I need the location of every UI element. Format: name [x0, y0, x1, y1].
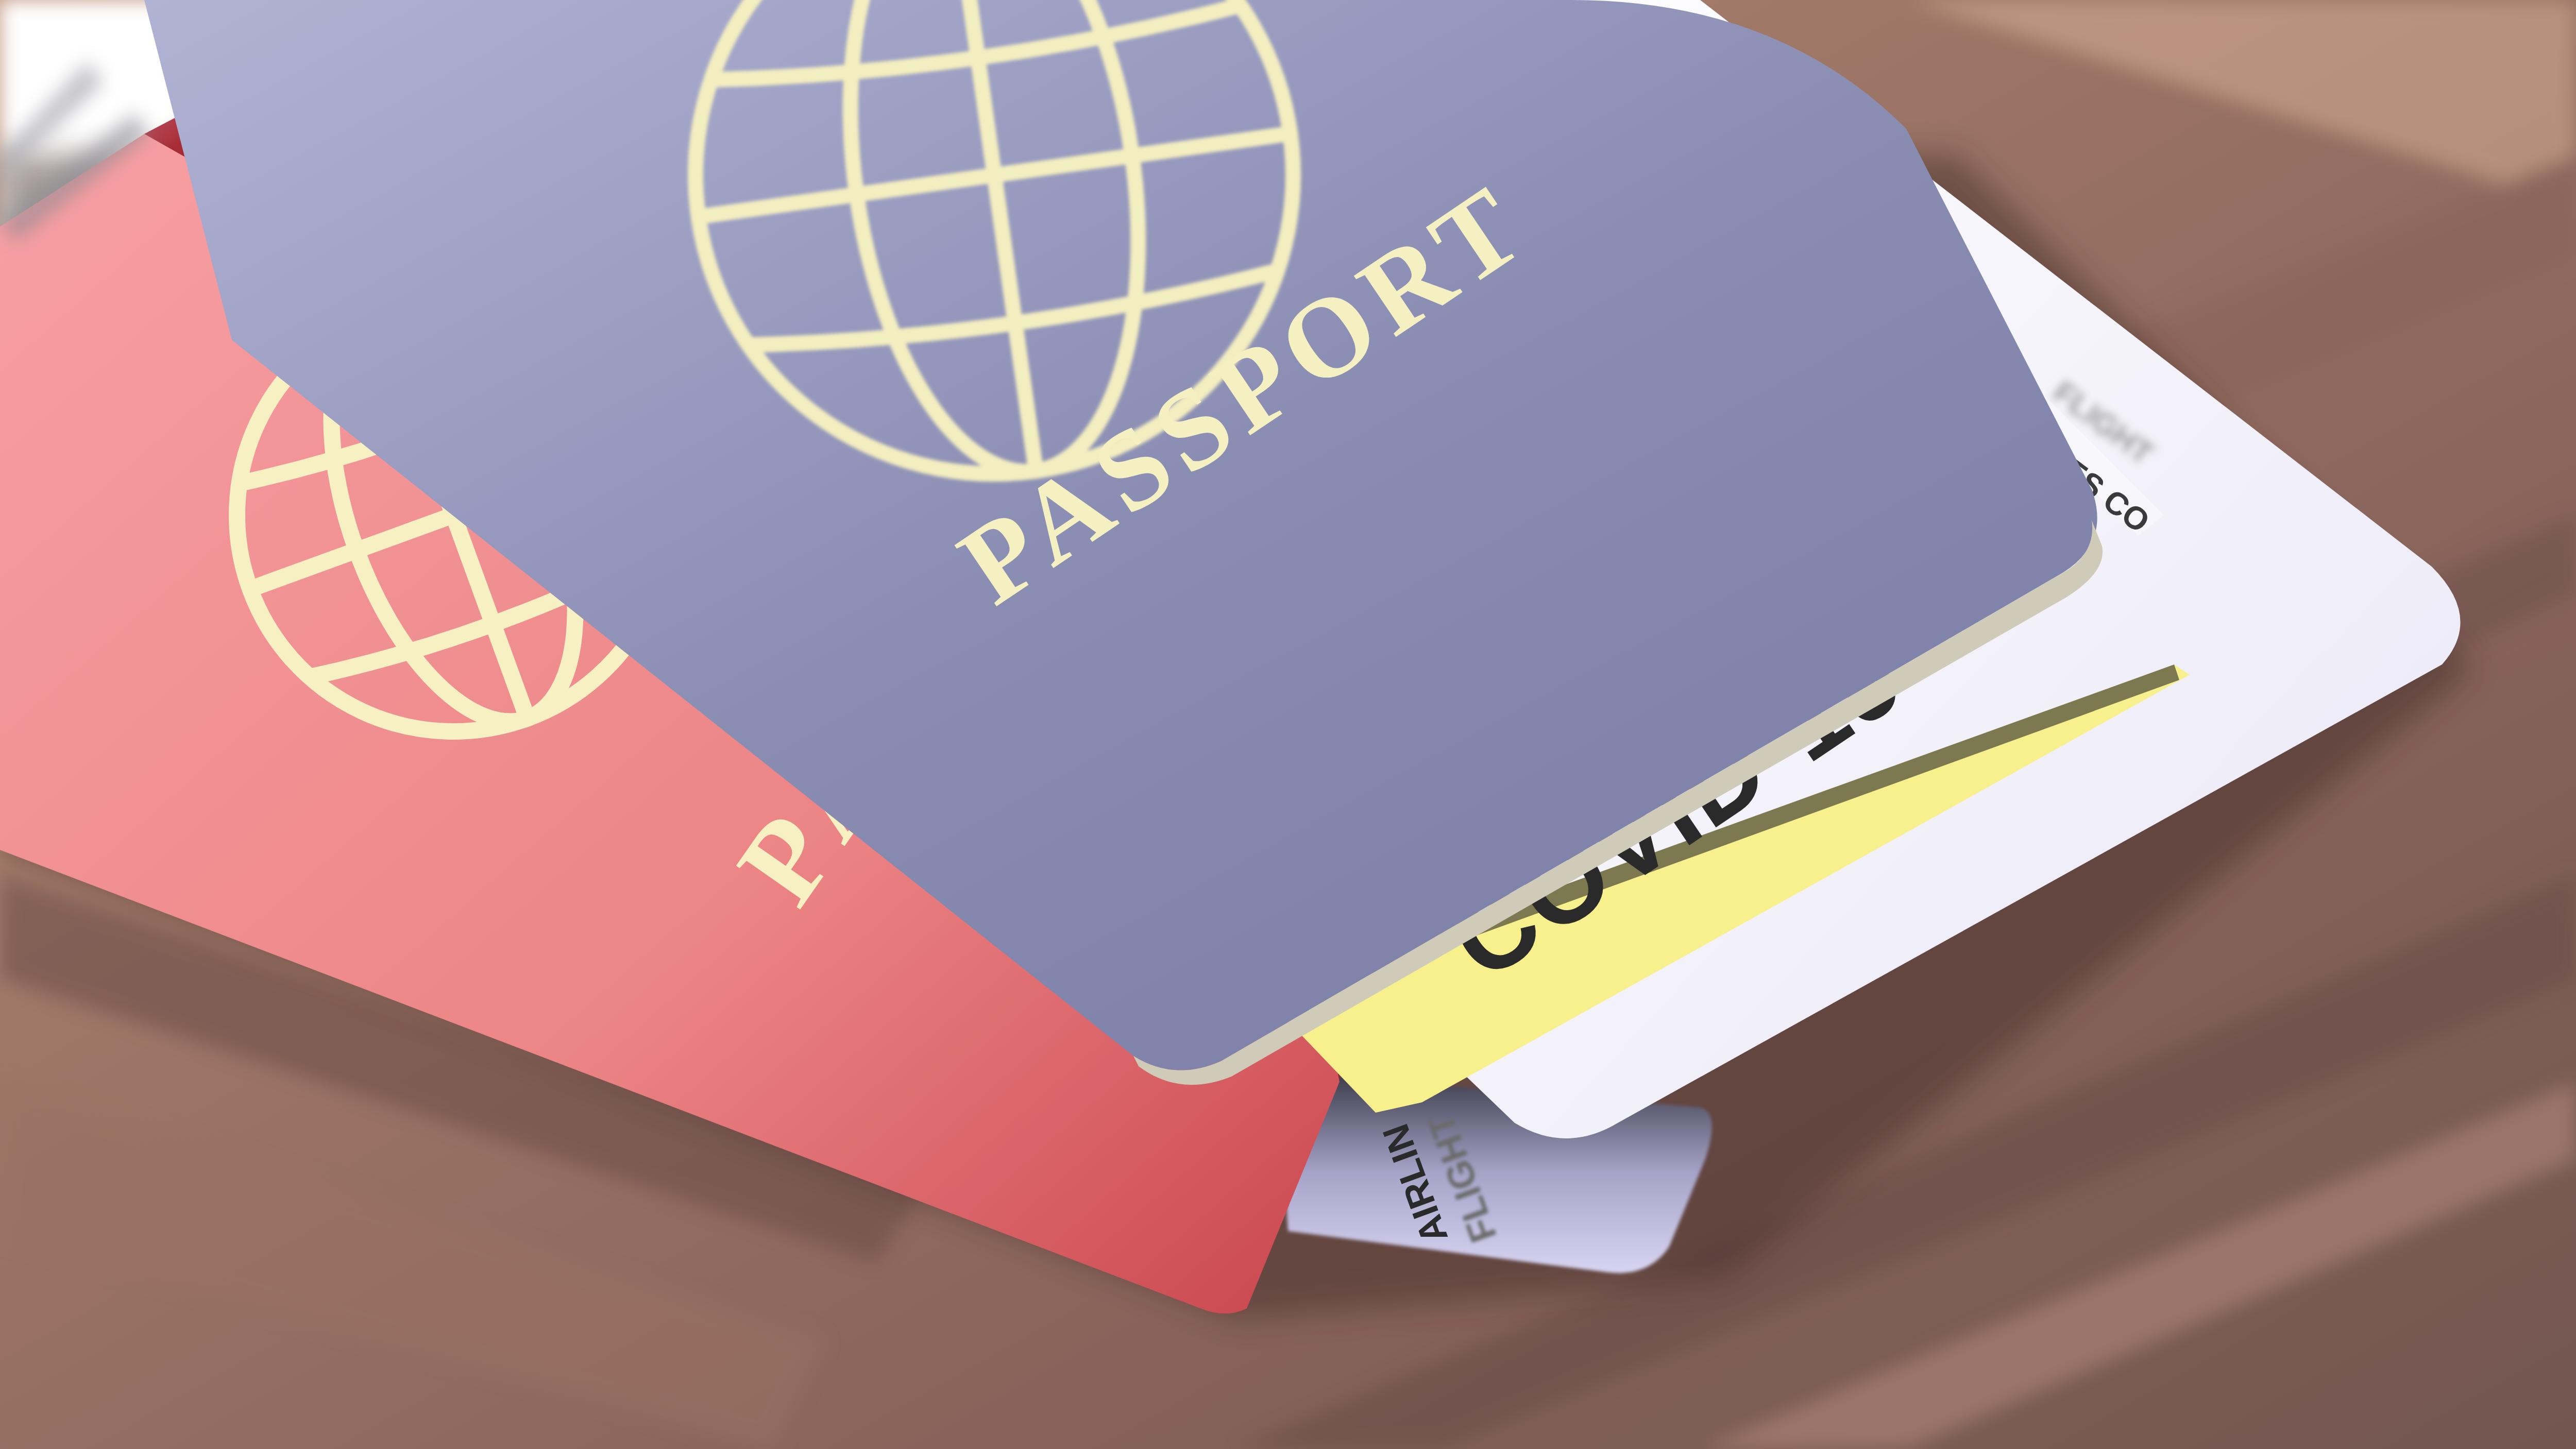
photo-scene: AIRLIN FLIGHT PA FLIGHT NES CO	[0, 0, 2576, 1449]
scene-illustration: AIRLIN FLIGHT PA FLIGHT NES CO	[0, 0, 2576, 1449]
